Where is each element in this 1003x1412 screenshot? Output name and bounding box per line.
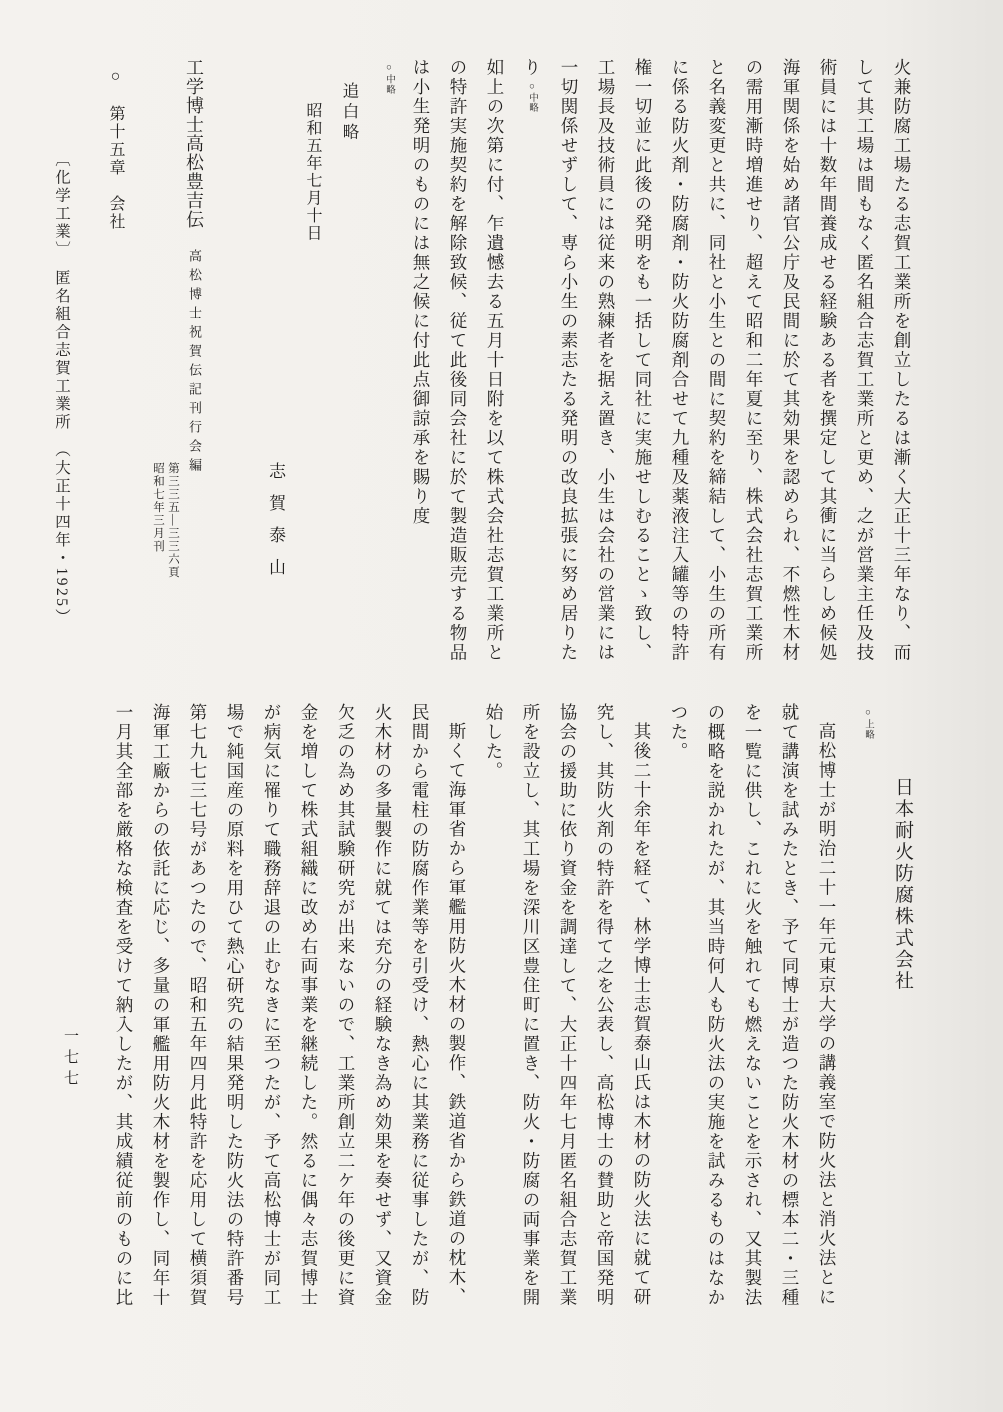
shiga-letter-excerpt-section: 火兼防腐工場たる志賀工業所を創立したるは漸く大正十三年なり、而して其工場は間もな… [46, 58, 920, 683]
date-column: 昭和五年七月十日 [292, 58, 332, 683]
body-column: 海軍工廠からの依託に応じ、多量の軍艦用防火木材を製作し、同年十 [142, 703, 179, 1330]
scanned-book-page: 火兼防腐工場たる志賀工業所を創立したるは漸く大正十三年なり、而して其工場は間もな… [0, 0, 1003, 1412]
signature-column: 志賀泰山 [258, 58, 292, 683]
abbreviation-note: ○中略 [527, 82, 537, 113]
body-column: して其工場は間もなく匿名組合志賀工業所と更め、之が営業主任及技 [846, 58, 883, 683]
body-column: 場で純国産の原料を用ひて熱心研究の結果発明した防火法の特許番号 [216, 703, 253, 1330]
body-column: 高松博士が明治二十一年元東京大学の講義室で防火法と消火法とに [808, 703, 845, 1330]
body-column: が病気に罹りて職務辞退の止むなきに至つたが、予て高松博士が同工 [253, 703, 290, 1330]
afterword-column: 追白略 [332, 58, 366, 683]
body-column: 斯くて海軍省から軍艦用防火木材の製作、鉄道省から鉄道の枕木、 [438, 703, 475, 1330]
body-column: 究し、其防火剤の特許を得て之を公表し、高松博士の賛助と帝国発明 [586, 703, 623, 1330]
page-number: 一七七 [60, 1028, 81, 1091]
citation-title: 工学博士高松豊吉伝 [184, 58, 204, 229]
body-column: 如上の次第に付、乍遺憾去る五月十日附を以て株式会社志賀工業所と [476, 58, 513, 683]
body-column: と名義変更と共に、同社と小生との間に契約を締結して、小生の所有 [698, 58, 735, 683]
chapter-column: ○ 第十五章 会社 [100, 58, 130, 683]
body-column: 金を増して株式組織に改め右両事業を継続した。然るに偶々志賀博士 [290, 703, 327, 1330]
body-column: 工場長及技術員には従来の熟練者を据え置き、小生は会社の営業には [587, 58, 624, 683]
body-column: 火兼防腐工場たる志賀工業所を創立したるは漸く大正十三年なり、而 [883, 58, 920, 683]
body-column: 始した。 [475, 703, 512, 1330]
body-column: に係る防火剤・防腐剤・防火防腐剤合せて九種及薬液注入罐等の特許 [661, 58, 698, 683]
pages-column: 第三三五―三三六頁昭和七年三月刊 [150, 58, 180, 683]
body-column: を一覧に供し、これに火を触れても燃えないことを示され、又其製法 [734, 703, 771, 1330]
note-column: ○上略 [855, 703, 881, 1330]
body-column: 火木材の多量製作に就ては充分の経験なき為め効果を奏せず、又資金 [364, 703, 401, 1330]
citation-editor: 高松博士祝賀伝記刊行会編 [187, 249, 202, 477]
body-column: の概略を説かれたが、其当時何人も防火法の実施を試みるものはなか [697, 703, 734, 1330]
body-column: 所を設立し、其工場を深川区豊住町に置き、防火・防腐の両事業を開 [512, 703, 549, 1330]
nihon-taika-bofu-section: 日本耐火防腐株式会社○上略高松博士が明治二十一年元東京大学の講義室で防火法と消火… [105, 703, 923, 1330]
body-column: 一月其全部を厳格な検査を受けて納入したが、其成績従前のものに比 [105, 703, 142, 1330]
body-column: 海軍関係を始め諸官公庁及民間に於て其効果を認められ、不燃性木材 [772, 58, 809, 683]
body-column: 其後二十余年を経て、林学博士志賀泰山氏は木材の防火法に就て研 [623, 703, 660, 1330]
body-column: 第七九七三七号があつたので、昭和五年四月此特許を応用して横須賀 [179, 703, 216, 1330]
body-column: 一切関係せずして、専ら小生の素志たる発明の改良拡張に努め居りた [550, 58, 587, 683]
body-column: つた。 [660, 703, 697, 1330]
body-column: 術員には十数年間養成せる経験ある者を撰定して其衝に当らしめ候処 [809, 58, 846, 683]
note-column: ○中略 [376, 58, 402, 683]
body-column: 協会の援助に依り資金を調達して、大正十四年七月匿名組合志賀工業 [549, 703, 586, 1330]
body-column: 欠乏の為め其試験研究が出来ないので、工業所創立二ケ年の後更に資 [327, 703, 364, 1330]
body-column: 就て講演を試みたとき、予て同博士が造つた防火木材の標本二・三種 [771, 703, 808, 1330]
section-title-column: 日本耐火防腐株式会社 [881, 703, 923, 1330]
body-column: は小生発明のものには無之候に付此点御諒承を賜り度 [402, 58, 439, 683]
citation-column: 工学博士高松豊吉伝高松博士祝賀伝記刊行会編 [180, 58, 208, 683]
body-column: り○中略 [513, 58, 550, 683]
pages-line: 昭和七年三月刊 [150, 462, 165, 683]
body-column: の特許実施契約を解除致候、従て此後同会社に於て製造販売する物品 [439, 58, 476, 683]
body-column: 権一切並に此後の発明をも一括して同社に実施せしむることゝ致し、 [624, 58, 661, 683]
body-column: の需用漸時増進せり、超えて昭和二年夏に至り、株式会社志賀工業所 [735, 58, 772, 683]
pages-line: 第三三五―三三六頁 [165, 462, 180, 683]
source-column: 〔化学工業〕 匿名組合志賀工業所 （大正十四年・1925） [46, 58, 76, 683]
body-column: 民間から電柱の防腐作業等を引受け、熱心に其業務に従事したが、防 [401, 703, 438, 1330]
